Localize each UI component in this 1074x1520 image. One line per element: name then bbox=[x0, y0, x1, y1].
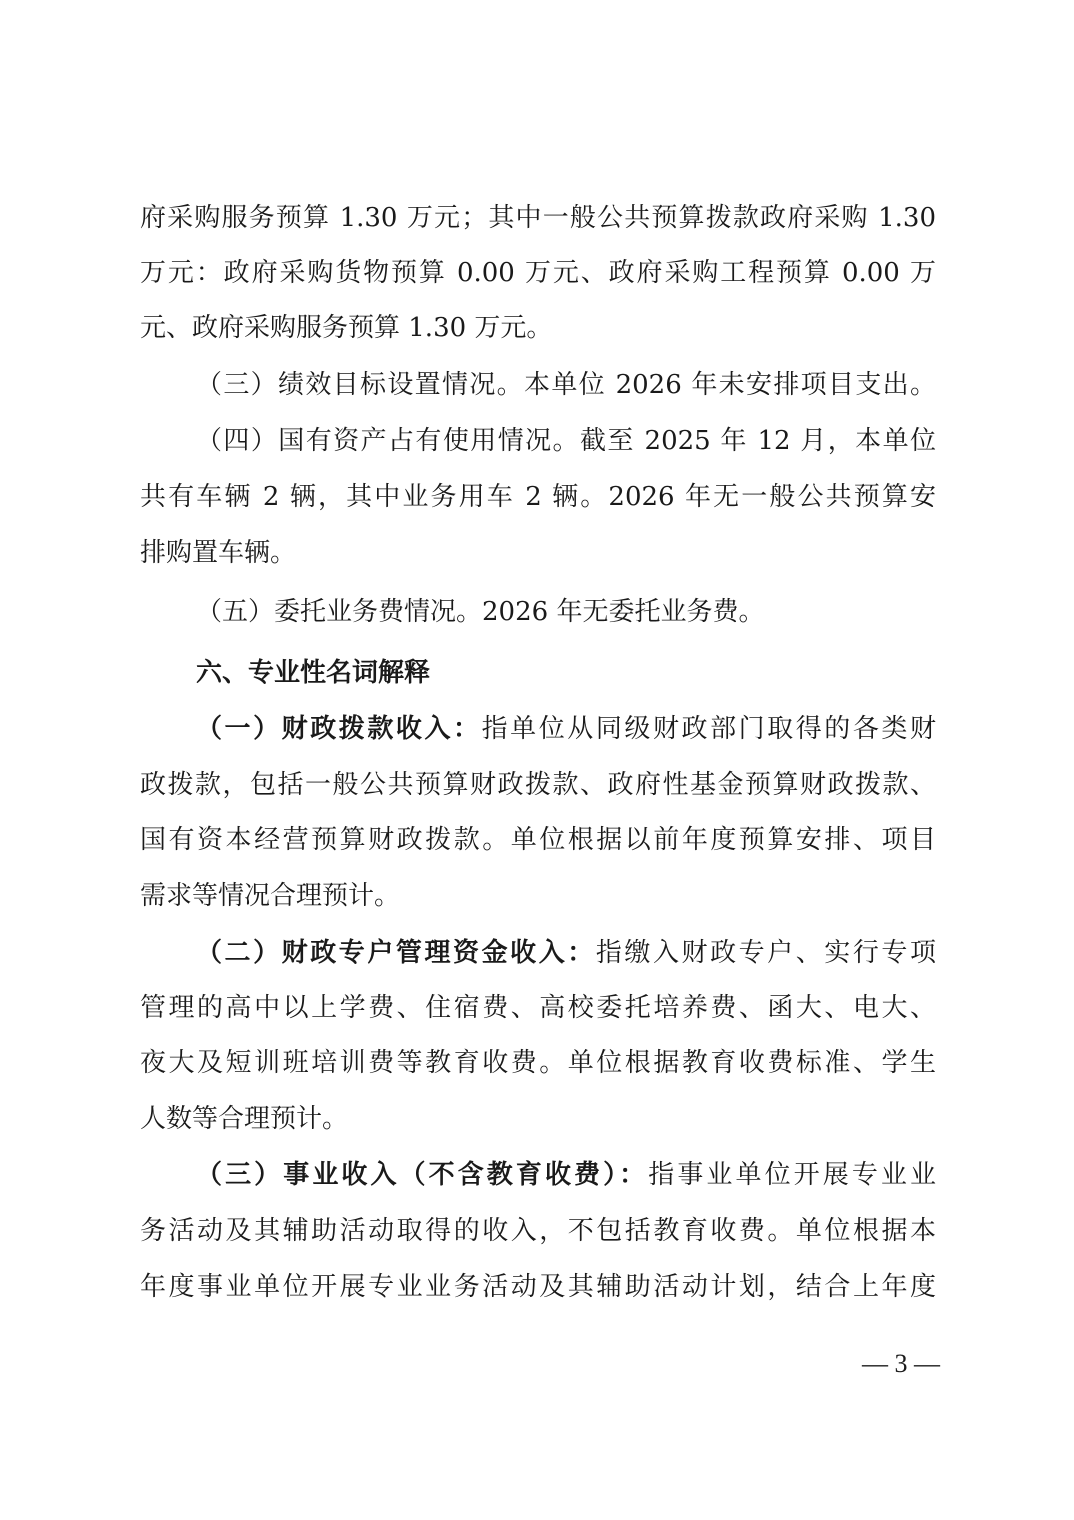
paragraph-line: 万元：政府采购货物预算 0.00 万元、政府采购工程预算 0.00 万 bbox=[140, 253, 936, 293]
document-page: 府采购服务预算 1.30 万元；其中一般公共预算拨款政府采购 1.30 万元：政… bbox=[0, 0, 1074, 1520]
paragraph-line: 年度事业单位开展专业业务活动及其辅助活动计划，结合上年度 bbox=[140, 1267, 936, 1307]
paragraph-line: 管理的高中以上学费、住宿费、高校委托培养费、函大、电大、 bbox=[140, 988, 936, 1028]
section-heading: 六、专业性名词解释 bbox=[196, 653, 936, 693]
section-4-label: （四）国有资产占有使用情况。 bbox=[196, 426, 580, 456]
paragraph-line: 需求等情况合理预计。 bbox=[140, 876, 936, 916]
section-5-paragraph: （五）委托业务费情况。2026 年无委托业务费。 bbox=[196, 592, 936, 632]
paragraph-line: 夜大及短训班培训费等教育收费。单位根据教育收费标准、学生 bbox=[140, 1043, 936, 1083]
section-3-body: 本单位 2026 年未安排项目支出。 bbox=[524, 370, 936, 400]
term-1-paragraph: （一）财政拨款收入：指单位从同级财政部门取得的各类财 bbox=[196, 709, 936, 749]
term-3-paragraph: （三）事业收入（不含教育收费）：指事业单位开展专业业 bbox=[196, 1155, 936, 1195]
term-1-body: 指单位从同级财政部门取得的各类财 bbox=[482, 714, 936, 744]
section-5-label: （五）委托业务费情况。 bbox=[196, 597, 482, 627]
paragraph-line: 国有资本经营预算财政拨款。单位根据以前年度预算安排、项目 bbox=[140, 820, 936, 860]
paragraph-line: 元、政府采购服务预算 1.30 万元。 bbox=[140, 308, 936, 348]
paragraph-line: 务活动及其辅助活动取得的收入，不包括教育收费。单位根据本 bbox=[140, 1211, 936, 1251]
term-1-label: （一）财政拨款收入： bbox=[196, 714, 482, 744]
term-2-body: 指缴入财政专户、实行专项 bbox=[596, 938, 936, 968]
section-4-paragraph: （四）国有资产占有使用情况。截至 2025 年 12 月，本单位 bbox=[196, 421, 936, 461]
term-3-label: （三）事业收入（不含教育收费）： bbox=[196, 1160, 648, 1190]
section-3-paragraph: （三）绩效目标设置情况。本单位 2026 年未安排项目支出。 bbox=[196, 365, 936, 405]
paragraph-line: 政拨款，包括一般公共预算财政拨款、政府性基金预算财政拨款、 bbox=[140, 765, 936, 805]
paragraph-line: 共有车辆 2 辆，其中业务用车 2 辆。2026 年无一般公共预算安 bbox=[140, 477, 936, 517]
section-3-label: （三）绩效目标设置情况。 bbox=[196, 370, 524, 400]
section-4-body: 截至 2025 年 12 月，本单位 bbox=[580, 426, 936, 456]
page-number: — 3 — bbox=[862, 1346, 940, 1382]
section-5-body: 2026 年无委托业务费。 bbox=[482, 597, 764, 627]
paragraph-line: 府采购服务预算 1.30 万元；其中一般公共预算拨款政府采购 1.30 bbox=[140, 198, 936, 238]
paragraph-line: 人数等合理预计。 bbox=[140, 1099, 936, 1139]
paragraph-line: 排购置车辆。 bbox=[140, 533, 936, 573]
term-2-label: （二）财政专户管理资金收入： bbox=[196, 938, 596, 968]
term-3-body: 指事业单位开展专业业 bbox=[648, 1160, 936, 1190]
term-2-paragraph: （二）财政专户管理资金收入：指缴入财政专户、实行专项 bbox=[196, 933, 936, 973]
